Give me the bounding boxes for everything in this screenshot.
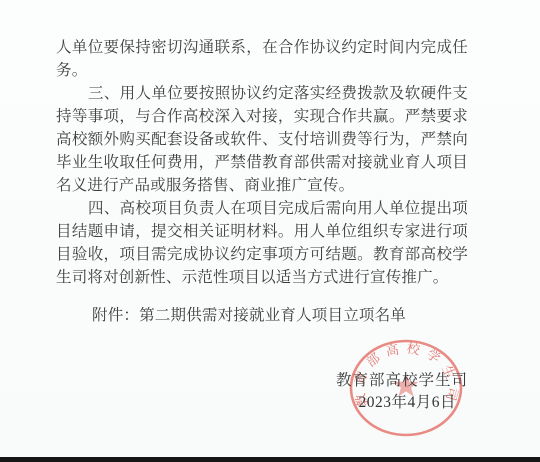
text-line: 务。 bbox=[56, 59, 468, 82]
text-line-item-four: 四、高校项目负责人在项目完成后需向用人单位提出项 bbox=[56, 197, 468, 220]
text-line: 目验收，项目需完成协议约定事项方可结题。教育部高校学 bbox=[56, 243, 468, 266]
text-line: 目结题申请，提交相关证明材料。用人单位组织专家进行项 bbox=[56, 220, 468, 243]
text-line: 生司将对创新性、示范性项目以适当方式进行宣传推广。 bbox=[56, 266, 468, 289]
text-line-item-three: 三、用人单位要按照协议约定落实经费拨款及软硬件支 bbox=[56, 82, 468, 105]
text-line: 持等事项，与合作高校深入对接，实现合作共赢。严禁要求 bbox=[56, 105, 468, 128]
text-line: 毕业生收取任何费用，严禁借教育部供需对接就业育人项目 bbox=[56, 151, 468, 174]
text-line: 人单位要保持密切沟通联系，在合作协议约定时间内完成任 bbox=[56, 36, 468, 59]
signature-org: 教育部高校学生司 bbox=[336, 372, 468, 389]
text-line: 高校额外购买配套设备或软件、支付培训费等行为，严禁向 bbox=[56, 128, 468, 151]
document-body: 人单位要保持密切沟通联系，在合作协议约定时间内完成任 务。 三、用人单位要按照协… bbox=[56, 36, 468, 327]
official-seal: 教育部高校学生司 bbox=[345, 335, 470, 445]
attachment-line: 附件：第二期供需对接就业育人项目立项名单 bbox=[56, 304, 468, 327]
scan-edge-bar bbox=[0, 457, 540, 462]
signature-date: 2023年4月6日 bbox=[358, 394, 456, 412]
scanned-document-page: 人单位要保持密切沟通联系，在合作协议约定时间内完成任 务。 三、用人单位要按照协… bbox=[0, 0, 540, 462]
text-line: 名义进行产品或服务搭售、商业推广宣传。 bbox=[56, 174, 468, 197]
